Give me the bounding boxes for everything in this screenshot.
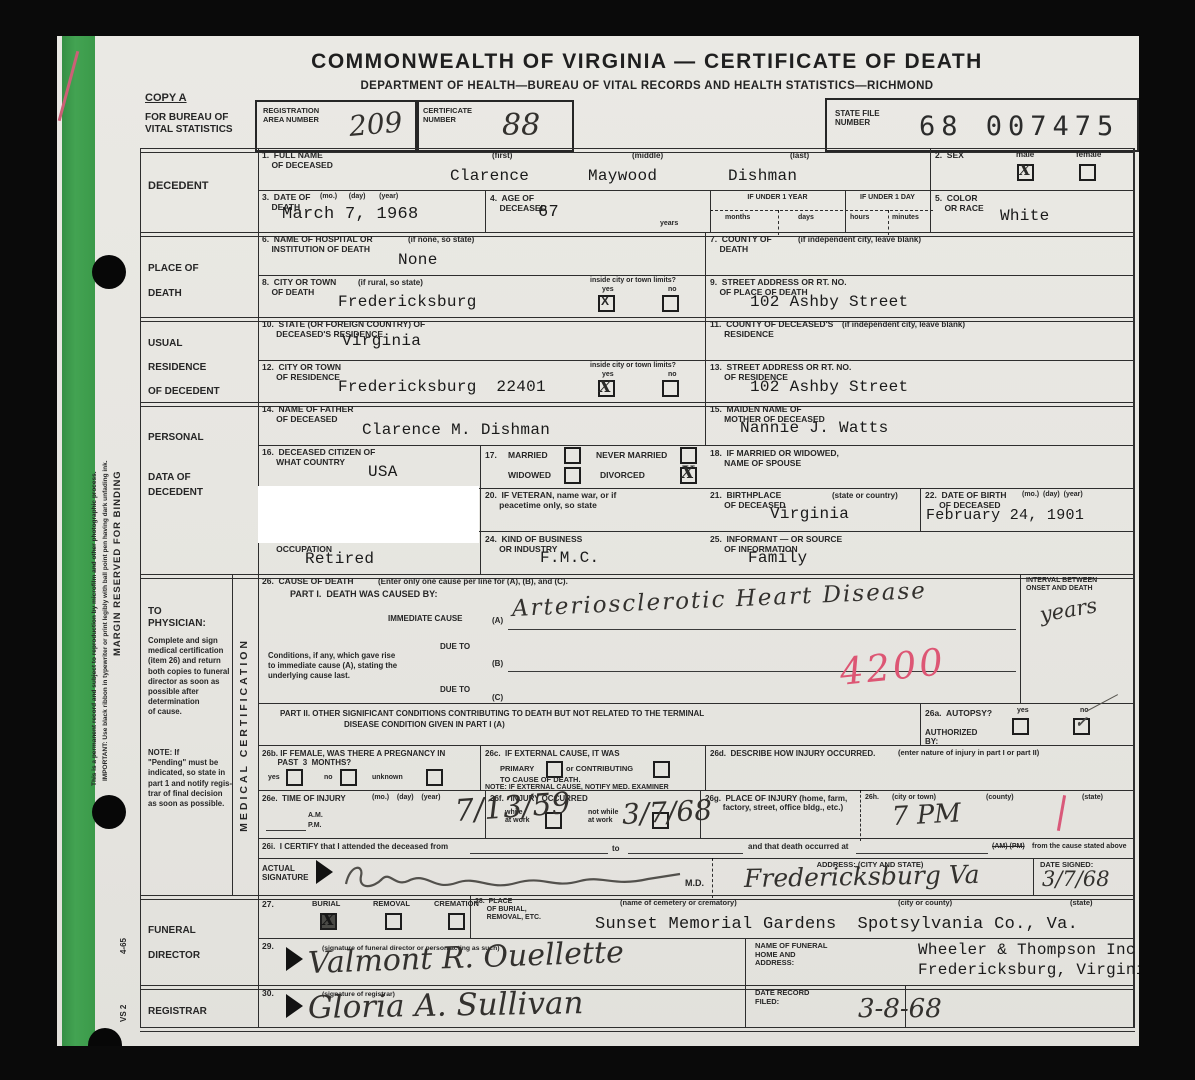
field-1-label: 1. FULL NAME OF DECEASED (262, 151, 333, 170)
field-26a-label: 26a. AUTOPSY? (925, 709, 992, 719)
immediate-cause-label: IMMEDIATE CAUSE (388, 614, 463, 623)
field-11-hint: (if independent city, leave blank) (842, 320, 965, 329)
hours-label: hours (850, 214, 869, 222)
county-hint: (county) (986, 794, 1014, 802)
redaction-box (258, 486, 479, 543)
field-29-number: 29. (262, 942, 274, 952)
divorced-label: DIVORCED (600, 471, 645, 481)
cemetery-name-hint: (name of cemetery or crematory) (620, 899, 737, 908)
signature-arrow-icon (316, 860, 333, 884)
field-8-no-checkbox (662, 295, 679, 312)
days-label: days (798, 214, 814, 222)
field-1-first-value: Clarence (450, 168, 529, 184)
field-7-label: 7. COUNTY OF DEATH (710, 235, 772, 254)
contributing-checkbox (653, 761, 670, 778)
medical-certification-strip: MEDICAL CERTIFICATION (232, 574, 258, 895)
certificate-subtitle: DEPARTMENT OF HEALTH—BUREAU OF VITAL REC… (207, 82, 1087, 92)
field-6-hint: (if none, so state) (408, 235, 474, 244)
part2-line2: DISEASE CONDITION GIVEN IN PART I (A) (344, 720, 505, 729)
ampm-label: (AM) (PM) (992, 843, 1025, 851)
section-registrar: REGISTRAR (148, 1006, 207, 1018)
field-26i-label: 26i. I CERTIFY that I attended the decea… (262, 842, 448, 851)
not-while-at-work-label: not while at work (588, 809, 618, 825)
autopsy-yes-label: yes (1017, 707, 1029, 715)
funeral-home-address: Fredericksburg, Virginia 22401 (918, 962, 1139, 978)
field-8-value: Fredericksburg (338, 294, 477, 310)
field-2-male-label: male (1016, 150, 1034, 159)
attended-to-value: 3/7/68 (621, 793, 713, 831)
authorized-by-label: AUTHORIZED BY: (925, 728, 977, 746)
certificate-number-label: CERTIFICATE NUMBER (423, 107, 472, 124)
state-file-value: 68 007475 (919, 111, 1119, 142)
field-25-value: Family (748, 550, 807, 566)
field-12-no-label: no (668, 371, 677, 379)
married-label: MARRIED (508, 451, 548, 461)
field-3-hints: (mo.) (day) (year) (320, 193, 398, 201)
pregnancy-no-checkbox (340, 769, 357, 786)
actual-signature-label: ACTUAL SIGNATURE (262, 864, 309, 882)
form-code-label: VS 2 (119, 974, 129, 1022)
to-physician-title: TO PHYSICIAN: (148, 606, 206, 630)
minutes-label: minutes (892, 214, 919, 222)
field-26d-hint: (enter nature of injury in part I or par… (898, 749, 1039, 758)
physician-signature (340, 860, 685, 894)
date-record-filed-label: DATE RECORD FILED: (755, 989, 809, 1006)
interval-a-value: years (1038, 593, 1099, 627)
cause-a-line (508, 629, 1016, 630)
cemetery-city-hint: (city or county) (898, 899, 952, 908)
field-26b-label: 26b. IF FEMALE, WAS THERE A PREGNANCY IN… (262, 749, 445, 767)
punch-hole-top (92, 255, 126, 289)
date-record-filed-value: 3-8-68 (858, 994, 942, 1024)
under-1-day-label: IF UNDER 1 DAY (845, 194, 930, 202)
field-28-label: 28. PLACE OF BURIAL, REMOVAL, ETC. (475, 898, 541, 922)
am-label: A.M. (308, 812, 323, 820)
certificate-number-box: CERTIFICATE NUMBER 88 (415, 100, 574, 152)
occurred-label: and that death occurred at (748, 842, 848, 851)
field-12-label: 12. CITY OR TOWN OF RESIDENCE (262, 363, 341, 382)
field-22-hint: (mo.) (day) (year) (1022, 491, 1083, 499)
form-edition-label: 4-65 (119, 914, 129, 954)
due-to-1-label: DUE TO (440, 642, 470, 651)
cause-a-label: (A) (492, 616, 503, 625)
md-label: M.D. (685, 878, 704, 888)
field-26e-label: 26e. TIME OF INJURY (262, 794, 346, 803)
field-3-value: March 7, 1968 (282, 206, 419, 223)
field-12-limits-label: inside city or town limits? (590, 362, 676, 370)
section-funeral-director: FUNERAL DIRECTOR (148, 918, 200, 968)
attended-from-line (470, 853, 608, 854)
field-1-middle-value: Maywood (588, 168, 657, 184)
field-5-label: 5. COLOR OR RACE (935, 194, 984, 213)
copy-sublabel: FOR BUREAU OF VITAL STATISTICS (145, 112, 233, 136)
certificate-title: COMMONWEALTH OF VIRGINIA — CERTIFICATE O… (207, 50, 1087, 74)
field-26g-label: 26g. PLACE OF INJURY (home, farm, factor… (705, 794, 847, 812)
field-14-label: 14. NAME OF FATHER OF DECEASED (262, 405, 353, 424)
field-1-last-value: Dishman (728, 168, 797, 184)
cremation-label: CREMATION (434, 900, 479, 909)
field-6-label: 6. NAME OF HOSPITAL OR INSTITUTION OF DE… (262, 235, 373, 254)
medical-certification-label: MEDICAL CERTIFICATION (240, 638, 250, 832)
field-22-value: February 24, 1901 (926, 508, 1084, 523)
field-8-limits-label: inside city or town limits? (590, 277, 676, 285)
attended-to-line (628, 853, 743, 854)
never-married-checkbox (680, 447, 697, 464)
field-26-label: 26. CAUSE OF DEATH (262, 577, 353, 587)
conditions-note: Conditions, if any, which gave rise to i… (268, 651, 397, 681)
certificate-number-value: 88 (502, 108, 540, 143)
form-grid: DECEDENT PLACE OF DEATH USUAL RESIDENCE … (140, 148, 1135, 1032)
field-6-value: None (398, 252, 438, 268)
under-1-year-label: IF UNDER 1 YEAR (710, 194, 845, 202)
registration-area-value: 209 (348, 105, 404, 143)
state-file-box: STATE FILE NUMBER 68 007475 (825, 98, 1139, 152)
field-4-value: 67 (538, 204, 559, 221)
pregnancy-no-label: no (324, 774, 333, 782)
widowed-checkbox (564, 467, 581, 484)
section-decedent: DECEDENT (148, 180, 209, 193)
field-26c-label: 26c. IF EXTERNAL CAUSE, IT WAS (485, 749, 620, 758)
field-15-value: Nannie J. Watts (740, 420, 889, 436)
cause-a-value: Arteriosclerotic Heart Disease (511, 578, 927, 622)
stamp-4200: 4200 (838, 640, 948, 694)
interval-header: INTERVAL BETWEEN ONSET AND DEATH (1026, 577, 1097, 593)
field-16-label: 16. DECEASED CITIZEN OF WHAT COUNTRY (262, 448, 375, 467)
field-17-number: 17. (485, 451, 497, 461)
field-30-number: 30. (262, 989, 274, 999)
field-1-first-hint: (first) (492, 151, 512, 160)
field-8-no-label: no (668, 286, 677, 294)
pending-note: NOTE: If "Pending" must be indicated, so… (148, 748, 232, 809)
death-time-value: 7 PM (891, 798, 961, 832)
funeral-director-arrow-icon (286, 947, 303, 971)
part2-line1: PART II. OTHER SIGNIFICANT CONDITIONS CO… (280, 709, 704, 718)
field-16-value: USA (368, 464, 398, 480)
cause-b-label: (B) (492, 659, 503, 668)
section-personal-data-1: PERSONAL (148, 432, 204, 444)
field-24-value: F.M.C. (540, 550, 599, 566)
field-26h-number: 26h. (865, 794, 879, 802)
section-personal-data-2: DATA OF DECEDENT (148, 470, 203, 500)
due-to-2-label: DUE TO (440, 685, 470, 694)
field-14-value: Clarence M. Dishman (362, 422, 550, 438)
field-10-value: Virginia (342, 333, 421, 349)
field-8-label: 8. CITY OR TOWN OF DEATH (262, 278, 336, 297)
field-2-label: 2. SEX (935, 151, 964, 161)
margin-important-note: IMPORTANT: Use black ribbon in typewrite… (101, 121, 111, 781)
removal-label: REMOVAL (373, 900, 410, 909)
divorced-check-mark: X (681, 463, 694, 483)
state-file-label: STATE FILE NUMBER (835, 109, 880, 127)
field-7-hint: (if independent city, leave blank) (798, 235, 921, 244)
margin-permanent-note: This is a permanent record and subject t… (90, 156, 100, 786)
registrar-arrow-icon (286, 994, 303, 1018)
field-21-hint: (state or country) (832, 491, 898, 500)
cause-c-label: (C) (492, 693, 503, 702)
pregnancy-unknown-checkbox (426, 769, 443, 786)
copy-label: COPY A (145, 94, 187, 104)
time-of-injury-line (266, 830, 306, 831)
pregnancy-unknown-label: unknown (372, 774, 403, 782)
pregnancy-yes-label: yes (268, 774, 280, 782)
field-20-label: 20. IF VETERAN, name war, or if peacetim… (485, 491, 616, 510)
registration-area-label: REGISTRATION AREA NUMBER (263, 107, 319, 124)
field-2-female-label: female (1076, 150, 1101, 159)
date-signed-value: 3/7/68 (1042, 867, 1110, 891)
cemetery-state-hint: (state) (1070, 899, 1093, 908)
field-8-yes-mark: X (601, 297, 609, 307)
burial-label: BURIAL (312, 900, 340, 909)
burial-check-mark: X (322, 910, 334, 929)
contributing-label: or CONTRIBUTING (566, 765, 633, 774)
field-12-no-checkbox (662, 380, 679, 397)
field-11-label: 11. COUNTY OF DECEASED'S RESIDENCE (710, 320, 833, 339)
pregnancy-yes-checkbox (286, 769, 303, 786)
punch-hole-middle (92, 795, 126, 829)
registrar-signature: Gloria A. Sullivan (308, 985, 584, 1026)
field-26-hint: (Enter only one cause per line for (A), … (378, 577, 568, 586)
removal-checkbox (385, 913, 402, 930)
field-13-value: 102 Ashby Street (750, 379, 908, 395)
section-usual-residence: USUAL RESIDENCE OF DECEDENT (148, 332, 220, 404)
field-8-yes-label: yes (602, 286, 614, 294)
section-place-of-death: PLACE OF DEATH (148, 256, 199, 306)
funeral-director-signature: Valmont R. Ouellette (307, 935, 624, 981)
field-27-number: 27. (262, 900, 274, 910)
from-cause-label: from the cause stated above (1032, 843, 1127, 851)
autopsy-yes-checkbox (1012, 718, 1029, 735)
to-physician-body: Complete and sign medical certification … (148, 636, 229, 718)
registration-area-box: REGISTRATION AREA NUMBER 209 (255, 100, 419, 152)
field-21-value: Virginia (770, 506, 849, 522)
never-married-label: NEVER MARRIED (596, 451, 667, 461)
field-26e-hints: (mo.) (day) (year) (372, 794, 440, 802)
scanned-death-certificate: MARGIN RESERVED FOR BINDING IMPORTANT: U… (0, 0, 1195, 1080)
male-check-mark: X (1019, 161, 1031, 179)
occurred-at-line (856, 853, 988, 854)
field-26d-label: 26d. DESCRIBE HOW INJURY OCCURRED. (710, 749, 875, 758)
cremation-checkbox (448, 913, 465, 930)
months-label: months (725, 214, 750, 222)
field-28-value: Sunset Memorial Gardens Spotsylvania Co.… (595, 916, 1078, 933)
physician-address-value: Fredericksburg Va (744, 860, 980, 893)
field-1-middle-hint: (middle) (632, 151, 663, 160)
pink-pencil-mark (1057, 795, 1066, 831)
field-9-value: 102 Ashby Street (750, 294, 908, 310)
married-checkbox (564, 447, 581, 464)
field-8-hint: (if rural, so state) (358, 278, 423, 287)
part1-label: PART I. DEATH WAS CAUSED BY: (290, 589, 438, 599)
female-checkbox (1079, 164, 1096, 181)
funeral-home-label: NAME OF FUNERAL HOME AND ADDRESS: (755, 942, 828, 968)
field-18-label: 18. IF MARRIED OR WIDOWED, NAME OF SPOUS… (710, 449, 839, 468)
to-word: to (612, 844, 620, 853)
field-12-yes-mark: X (599, 377, 611, 396)
field-12-value: Fredericksburg 22401 (338, 379, 546, 395)
widowed-label: WIDOWED (508, 471, 551, 481)
field-23-value: Retired (305, 551, 374, 567)
state-hint: (state) (1082, 794, 1103, 802)
pm-label: P.M. (308, 822, 322, 830)
margin-binding-label: MARGIN RESERVED FOR BINDING (113, 326, 123, 656)
autopsy-no-mark: ✓ (1075, 713, 1088, 731)
field-4-years-label: years (660, 220, 678, 228)
primary-label: PRIMARY (500, 765, 534, 774)
field-5-value: White (1000, 208, 1050, 224)
funeral-home-name: Wheeler & Thompson Inc. (918, 942, 1139, 958)
certificate-paper: MARGIN RESERVED FOR BINDING IMPORTANT: U… (57, 36, 1139, 1046)
field-1-last-hint: (last) (790, 151, 809, 160)
